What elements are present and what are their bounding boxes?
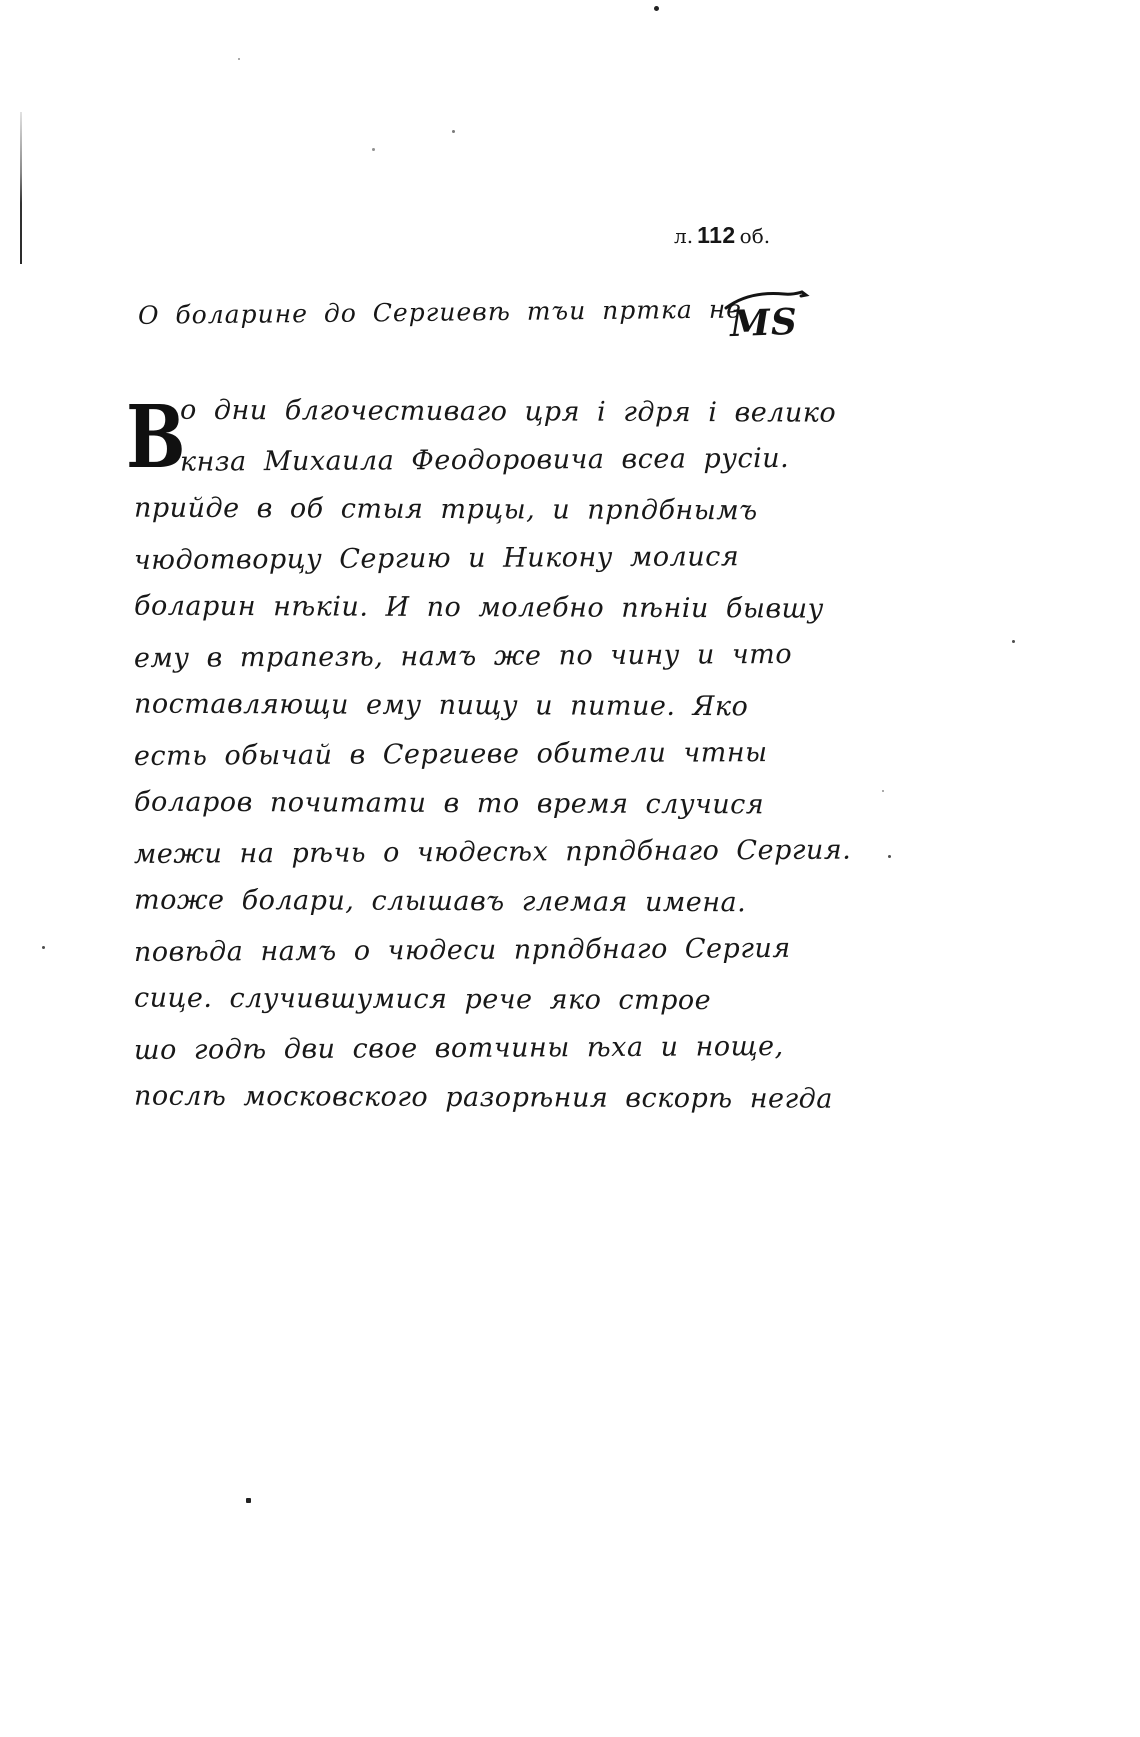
dust-speck xyxy=(238,58,240,60)
manuscript-body: В о дни блгочестиваго цря і гдря і велик… xyxy=(134,396,774,1131)
folio-label: л.112об. xyxy=(674,222,770,249)
dust-speck xyxy=(452,130,455,133)
scan-edge-line-artifact xyxy=(20,112,22,264)
dust-speck xyxy=(246,1498,251,1503)
folio-label-suffix: об. xyxy=(740,224,770,248)
manuscript-line: боларин нѣкіи. И по молебно пѣніи бывшу xyxy=(134,591,774,643)
manuscript-line: повѣда намъ о чюдеси прпдбнаго Сергия xyxy=(134,933,774,986)
manuscript-line: чюдотворцу Сергию и Никону молися xyxy=(134,541,774,594)
manuscript-line: есть обычай в Сергиеве обители чтны xyxy=(134,737,774,790)
manuscript-line: послѣ московского разорѣния вскорѣ негда xyxy=(134,1081,774,1133)
folio-label-number: 112 xyxy=(697,222,736,248)
dust-speck xyxy=(654,6,659,11)
manuscript-line: тоже болари, слышавъ глемая имена. xyxy=(134,885,774,937)
dust-speck xyxy=(888,855,891,858)
manuscript-line: шо годѣ дви свое вотчины ѣха и ноще, xyxy=(134,1031,774,1084)
manuscript-line: прийде в об стыя трцы, и прпдбнымъ xyxy=(134,493,774,545)
dust-speck xyxy=(372,148,375,151)
manuscript-line: межи на рѣчь о чюдесѣх прпдбнаго Сергия. xyxy=(134,835,774,888)
manuscript-scan-page: л.112об. О боларине до Сергиевѣ тъи пртк… xyxy=(0,0,1140,1737)
manuscript-line: поставляющи ему пищу и питие. Яко xyxy=(134,689,774,741)
manuscript-line: сице. случившумися рече яко строе xyxy=(134,983,774,1035)
chapter-heading: О боларине до Сергиевѣ тъи пртка не xyxy=(138,295,678,330)
chapter-number: МЅ xyxy=(729,301,798,345)
dust-speck xyxy=(42,946,45,949)
dust-speck xyxy=(1012,640,1015,643)
folio-label-prefix: л. xyxy=(674,224,693,248)
manuscript-line: кнза Михаила Феодоровича всеа русіи. xyxy=(134,443,774,496)
manuscript-line: ему в трапезѣ, намъ же по чину и что xyxy=(134,639,774,692)
manuscript-line: боларов почитати в то время случися xyxy=(134,787,774,839)
chapter-number-block: МЅ xyxy=(722,288,812,358)
manuscript-line: о дни блгочестиваго цря і гдря і велико xyxy=(134,395,774,447)
dust-speck xyxy=(882,790,884,792)
